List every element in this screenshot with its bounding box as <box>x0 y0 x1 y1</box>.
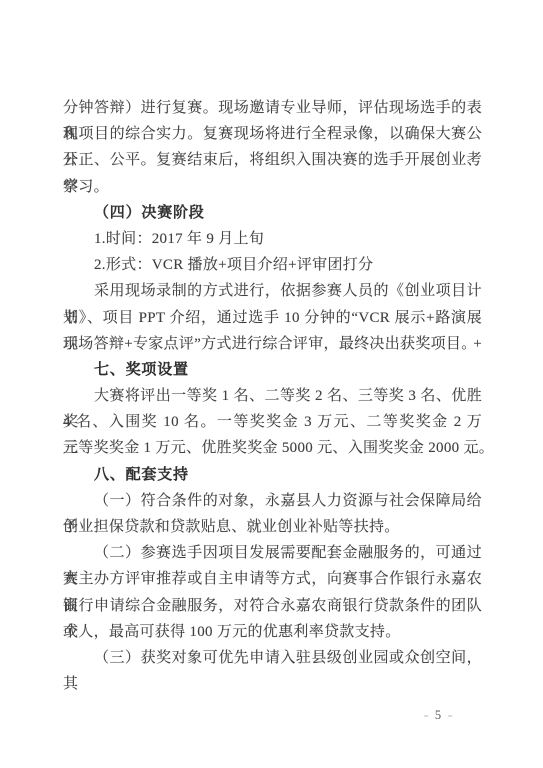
text-line: 七、奖项设置 <box>63 357 482 383</box>
text-line: 三等奖奖金 1 万元、优胜奖奖金 5000 元、入围奖奖金 2000 元。 <box>63 435 482 461</box>
text-line: 公正、公平。复赛结束后，将组织入围决赛的选手开展创业考察 <box>63 147 482 173</box>
page-number-dash-right: - <box>448 708 453 723</box>
page-number-value: 5 <box>435 708 441 723</box>
text-line: 创业担保贷款和贷款贴息、就业创业补贴等扶持。 <box>63 514 482 540</box>
text-line: 1.时间：2017 年 9 月上旬 <box>63 226 482 252</box>
document-body: 分钟答辩）进行复赛。现场邀请专业导师，评估现场选手的表现和项目的综合实力。复赛现… <box>63 95 482 671</box>
text-line: （四）决赛阶段 <box>63 200 482 226</box>
document-page: 分钟答辩）进行复赛。现场邀请专业导师，评估现场选手的表现和项目的综合实力。复赛现… <box>0 0 543 768</box>
text-line: （一）符合条件的对象，永嘉县人力资源与社会保障局给予 <box>63 488 482 514</box>
text-line: 赛主办方评审推荐或自主申请等方式，向赛事合作银行永嘉农商 <box>63 566 482 592</box>
text-line: 分钟答辩）进行复赛。现场邀请专业导师，评估现场选手的表现 <box>63 95 482 121</box>
text-line: 采用现场录制的方式进行，依据参赛人员的《创业项目计划 <box>63 278 482 304</box>
text-line: 4 名、入围奖 10 名。一等奖奖金 3 万元、二等奖奖金 2 万元、 <box>63 409 482 435</box>
text-line: 和项目的综合实力。复赛现场将进行全程录像，以确保大赛公开、 <box>63 121 482 147</box>
page-number-dash-left: - <box>423 708 428 723</box>
text-line: 个人，最高可获得 100 万元的优惠利率贷款支持。 <box>63 619 482 645</box>
text-line: （三）获奖对象可优先申请入驻县级创业园或众创空间，其 <box>63 645 482 671</box>
text-line: （二）参赛选手因项目发展需要配套金融服务的，可通过大 <box>63 540 482 566</box>
text-line: 银行申请综合金融服务，对符合永嘉农商银行贷款条件的团队或 <box>63 593 482 619</box>
text-line: 书》、项目 PPT 介绍，通过选手 10 分钟的“VCR 展示+路演展示+ <box>63 305 482 331</box>
text-line: 2.形式：VCR 播放+项目介绍+评审团打分 <box>63 252 482 278</box>
text-line: 现场答辩+专家点评”方式进行综合评审，最终决出获奖项目。 <box>63 331 482 357</box>
text-line: 学习。 <box>63 174 482 200</box>
text-line: 大赛将评出一等奖 1 名、二等奖 2 名、三等奖 3 名、优胜奖 <box>63 383 482 409</box>
page-number: - 5 - <box>412 708 464 723</box>
text-line: 八、配套支持 <box>63 462 482 488</box>
